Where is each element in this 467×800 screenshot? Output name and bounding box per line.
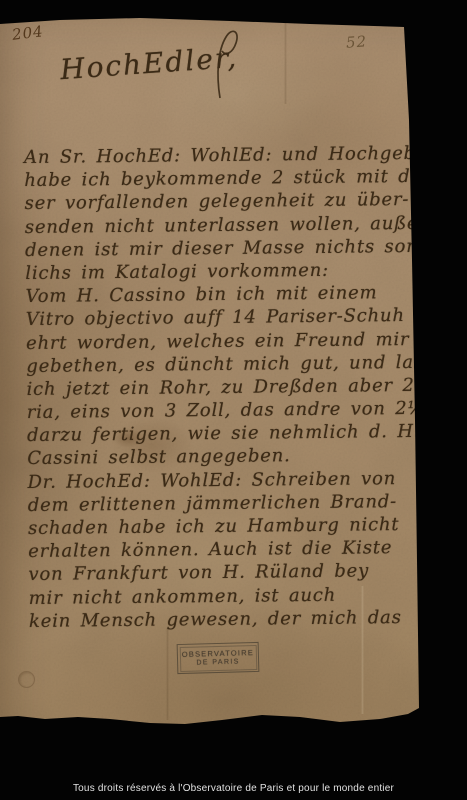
paper-crease [284, 18, 287, 104]
scan-background: 204 52 HochEdler, An Sr. HochEd: WohlEd:… [0, 0, 467, 800]
manuscript-line: denen ist mir dieser Masse nichts sonder… [25, 235, 427, 262]
stamp-text-line2: DE PARIS [196, 657, 240, 667]
paper-crease [166, 628, 169, 720]
stamp-text-line1: OBSERVATOIRE [182, 648, 254, 659]
manuscript-line: Vitro objectivo auff 14 Pariser-Schuh ve… [26, 304, 428, 331]
page-number-right: 52 [345, 32, 367, 51]
copyright-caption: Tous droits réservés à l'Observatoire de… [0, 783, 467, 794]
observatory-stamp: OBSERVATOIRE DE PARIS [177, 642, 260, 674]
flourish-stroke [218, 31, 237, 98]
page-number-left: 204 [11, 22, 45, 44]
manuscript-body: An Sr. HochEd: WohlEd: und Hochgeb. habe… [24, 142, 431, 633]
emboss-mark [18, 671, 35, 688]
pen-flourish-mark [206, 18, 246, 102]
manuscript-page: 204 52 HochEdler, An Sr. HochEd: WohlEd:… [0, 0, 467, 800]
manuscript-line: darzu fertigen, wie sie nehmlich d. H. [27, 420, 429, 447]
manuscript-line: erhalten können. Auch ist die Kiste [28, 536, 430, 563]
manuscript-line: kein Mensch gewesen, der mich das [29, 606, 431, 633]
